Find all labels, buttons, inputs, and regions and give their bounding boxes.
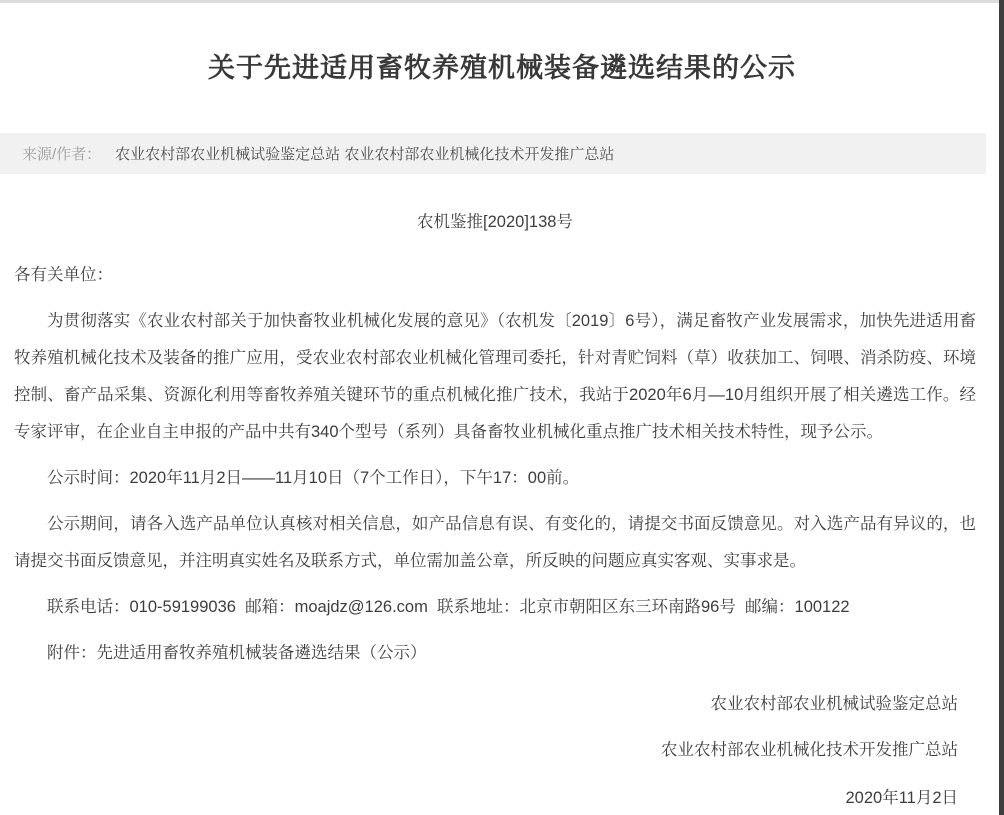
signature-block: 农业农村部农业机械试验鉴定总站 农业农村部农业机械化技术开发推广总站 2020年… — [14, 686, 976, 815]
source-value: 农业农村部农业机械试验鉴定总站 农业农村部农业机械化技术开发推广总站 — [115, 143, 614, 164]
paragraph-feedback-instructions: 公示期间，请各入选产品单位认真核对相关信息，如产品信息有误、有变化的，请提交书面… — [14, 506, 976, 580]
paragraph-public-notice-period: 公示时间：2020年11月2日——11月10日（7个工作日），下午17：00前。 — [14, 460, 976, 497]
notice-page: 关于先进适用畜牧养殖机械装备遴选结果的公示 来源/作者： 农业农村部农业机械试验… — [0, 0, 1004, 815]
paragraph-main: 为贯彻落实《农业农村部关于加快畜牧业机械化发展的意见》（农机发〔2019〕6号）… — [14, 303, 976, 451]
signature-date: 2020年11月2日 — [14, 780, 958, 815]
paragraph-contact-info: 联系电话：010-59199036 邮箱：moajdz@126.com 联系地址… — [14, 589, 976, 626]
source-author-bar: 来源/作者： 农业农村部农业机械试验鉴定总站 农业农村部农业机械化技术开发推广总… — [0, 133, 986, 174]
page-title: 关于先进适用畜牧养殖机械装备遴选结果的公示 — [0, 48, 1004, 88]
window-right-edge — [999, 0, 1004, 815]
salutation: 各有关单位： — [14, 257, 976, 294]
top-border-line — [0, 0, 1004, 3]
document-body: 农机鉴推[2020]138号 各有关单位： 为贯彻落实《农业农村部关于加快畜牧业… — [0, 204, 1004, 815]
signature-org-1: 农业农村部农业机械试验鉴定总站 — [14, 686, 958, 722]
signature-org-2: 农业农村部农业机械化技术开发推广总站 — [14, 732, 958, 768]
source-label: 来源/作者： — [22, 143, 101, 164]
paragraph-attachment: 附件：先进适用畜牧养殖机械装备遴选结果（公示） — [14, 635, 976, 672]
document-number: 农机鉴推[2020]138号 — [14, 204, 976, 241]
